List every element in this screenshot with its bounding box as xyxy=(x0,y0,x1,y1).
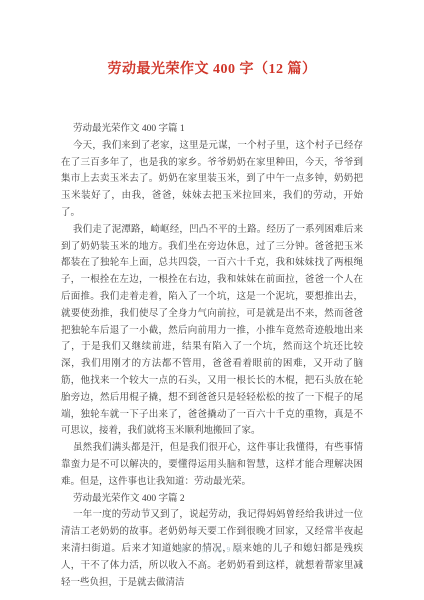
page-number-footer: 第 1 页 共 9 页 xyxy=(0,545,424,555)
document-page: 劳动最光荣作文 400 字（12 篇） 劳动最光荣作文 400 字篇 1 今天，… xyxy=(0,0,424,600)
essay-paragraph: 虽然我们满头都是汗，但是我们很开心，这件事让我懂得，有些事情靠蛮力是不可以解决的… xyxy=(61,440,363,490)
section-heading-1: 劳动最光荣作文 400 字篇 1 xyxy=(61,121,363,138)
section-heading-2: 劳动最光荣作文 400 字篇 2 xyxy=(61,491,363,508)
document-body: 劳动最光荣作文 400 字篇 1 今天，我们来到了老家，这里是元谋，一个村子里，… xyxy=(61,121,363,591)
essay-paragraph: 我们走了泥潭路，崎岖经，凹凸不平的土路。经历了一系列困难后来到了奶奶装玉米的地方… xyxy=(61,222,363,440)
essay-paragraph: 今天，我们来到了老家，这里是元谋，一个村子里，这个村子已经存在了三百多年了，也是… xyxy=(61,138,363,222)
document-title: 劳动最光荣作文 400 字（12 篇） xyxy=(0,0,424,80)
